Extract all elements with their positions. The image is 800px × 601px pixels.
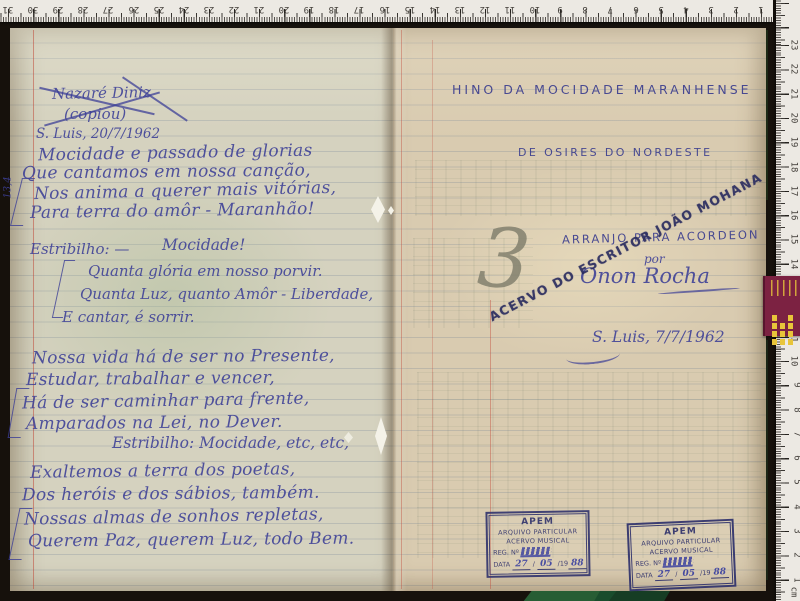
ruler-number-label: 19 xyxy=(789,137,799,148)
stamp-line: ARQUIVO PARTICULAR xyxy=(491,527,585,537)
ruler-number-label: 21 xyxy=(789,88,799,99)
stamp-line: ACERVO MUSICAL xyxy=(491,536,585,546)
stamp-date-row: DATA 27 / 05 /1988 xyxy=(491,558,585,570)
margin-note: 13,4 xyxy=(3,176,14,198)
ruler-number-label: 4 xyxy=(683,4,688,14)
ruler-number-label: 23 xyxy=(789,40,799,51)
refrain-heading: Estribilho: — xyxy=(30,240,129,258)
lyric-line: Dos heróis e dos sábios, também. xyxy=(22,483,320,506)
ruler-number-label: 12 xyxy=(479,4,490,14)
ruler-number-label: 13 xyxy=(454,4,465,14)
ruler-number-label: 16 xyxy=(379,4,390,14)
ruler-number-label: 2 xyxy=(791,553,800,558)
lyric-line: Para terra do amôr - Maranhão! xyxy=(30,199,315,223)
ruler-number-label: 16 xyxy=(789,210,799,221)
ruler-number-label: 2 xyxy=(733,4,738,14)
lyric-line: Exaltemos a terra dos poetas, xyxy=(30,459,296,483)
ruler-number-label: 6 xyxy=(791,455,800,460)
archive-emblem xyxy=(763,276,800,336)
year-prefix: 19 xyxy=(702,569,711,577)
date-month: 05 xyxy=(537,559,556,570)
castle-icon xyxy=(772,323,777,329)
ruler-number-label: 1 xyxy=(758,4,763,14)
ruler-number-label: 20 xyxy=(279,4,290,14)
ruler-number-label: 7 xyxy=(791,431,800,436)
lyric-line: Amparados na Lei, no Dever. xyxy=(26,412,283,434)
ruler-number-label: 23 xyxy=(203,4,214,14)
lyric-line: Nossa vida há de ser no Presente, xyxy=(32,346,335,369)
archive-stamp: APEM ARQUIVO PARTICULAR ACERVO MUSICAL R… xyxy=(627,519,737,592)
scribble-mark xyxy=(520,547,552,558)
date-month: 05 xyxy=(679,568,698,580)
ruler-number-label: 19 xyxy=(304,4,315,14)
archive-stamp: APEM ARQUIVO PARTICULAR ACERVO MUSICAL R… xyxy=(485,510,590,578)
hymn-title: HINO DA MOCIDADE MARANHENSE xyxy=(452,82,752,97)
ruler-number-label: 11 xyxy=(505,4,516,14)
ruler-number-label: 17 xyxy=(789,185,799,196)
ruler-number-label: 20 xyxy=(789,112,799,123)
ruler-number-label: 6 xyxy=(633,4,638,14)
place-date: S. Luis, 7/7/1962 xyxy=(592,328,725,346)
copyist-note: (copiou) xyxy=(64,105,126,123)
date-label: DATA xyxy=(636,571,653,580)
stamp-org: APEM xyxy=(491,516,585,528)
date-day: 27 xyxy=(654,569,673,581)
ruler-number-label: 31 xyxy=(3,4,14,14)
stamp-reg-row: REG. Nº xyxy=(491,546,585,558)
date-year: 88 xyxy=(710,567,729,579)
ruler-number-label: 26 xyxy=(128,4,139,14)
ruler-number-label: 21 xyxy=(254,4,265,14)
ruler-number-label: 22 xyxy=(789,64,799,75)
ruler-number-label: 5 xyxy=(658,4,663,14)
ruler-number-label: 4 xyxy=(791,504,800,509)
refrain-repeat: Estribilho: Mocidade, etc, etc, xyxy=(112,434,349,452)
year-prefix: 19 xyxy=(560,559,568,567)
ruler-number-label: 8 xyxy=(583,4,588,14)
lyric-line: E cantar, é sorrir. xyxy=(62,308,195,326)
ruler-number-label: 15 xyxy=(404,4,415,14)
ruler-number-label: 15 xyxy=(789,234,799,245)
place-date: S. Luis, 20/7/1962 xyxy=(36,126,160,142)
refrain-title: Mocidade! xyxy=(162,236,245,254)
ruler-number-label: 27 xyxy=(103,4,114,14)
date-label: DATA xyxy=(493,560,510,568)
date-year: 88 xyxy=(568,558,587,569)
ruler-number-label: 8 xyxy=(791,407,800,412)
ruler-number-label: 28 xyxy=(78,4,89,14)
lyric-line: Querem Paz, querem Luz, todo Bem. xyxy=(28,529,355,552)
ruler-number-label: 14 xyxy=(429,4,440,14)
lyric-line: Estudar, trabalhar e vencer, xyxy=(26,368,275,390)
horizontal-ruler: 3130292827262524232221201918171615141312… xyxy=(0,0,773,22)
ruler-number-label: 25 xyxy=(153,4,164,14)
margin-line xyxy=(432,40,433,589)
page-fold xyxy=(381,28,407,591)
lyric-line: Quanta Luz, quanto Amôr - Liberdade, xyxy=(80,285,373,303)
author-credit: DE OSIRES DO NORDESTE xyxy=(518,146,713,159)
reg-label: REG. Nº xyxy=(493,548,519,556)
ruler-number-label: 24 xyxy=(178,4,189,14)
margin-line xyxy=(401,30,402,589)
ruler-number-label: 3 xyxy=(708,4,713,14)
ruler-number-label: 14 xyxy=(789,258,799,269)
ruler-number-label: 9 xyxy=(557,4,562,14)
scribble-mark xyxy=(662,556,694,567)
ruler-number-label: 17 xyxy=(354,4,365,14)
ruler-number-label: 29 xyxy=(53,4,64,14)
ruler-number-label: cm xyxy=(789,587,799,598)
reg-label: REG. Nº xyxy=(635,559,661,568)
ruler-number-label: 7 xyxy=(608,4,613,14)
scanned-manuscript-photo: Nazaré Diniz (copiou) S. Luis, 20/7/1962… xyxy=(0,0,800,601)
ruler-number-label: 3 xyxy=(791,528,800,533)
ruler-number-label: 10 xyxy=(789,355,799,366)
ruler-number-label: 18 xyxy=(329,4,340,14)
ruler-number-label: 1 xyxy=(791,577,800,582)
ruler-number-label: 10 xyxy=(530,4,541,14)
date-day: 27 xyxy=(512,559,531,570)
ruler-number-label: 18 xyxy=(789,161,799,172)
stamp-date-row: DATA 27 / 05 /1988 xyxy=(634,567,731,581)
ruler-number-label: 30 xyxy=(28,4,39,14)
lyric-line: Quanta glória em nosso porvir. xyxy=(88,262,323,280)
ruler-number-label: 9 xyxy=(791,382,800,387)
emblem-microtext xyxy=(771,280,797,296)
ruler-number-label: 22 xyxy=(228,4,239,14)
ruler-number-label: 5 xyxy=(791,480,800,485)
